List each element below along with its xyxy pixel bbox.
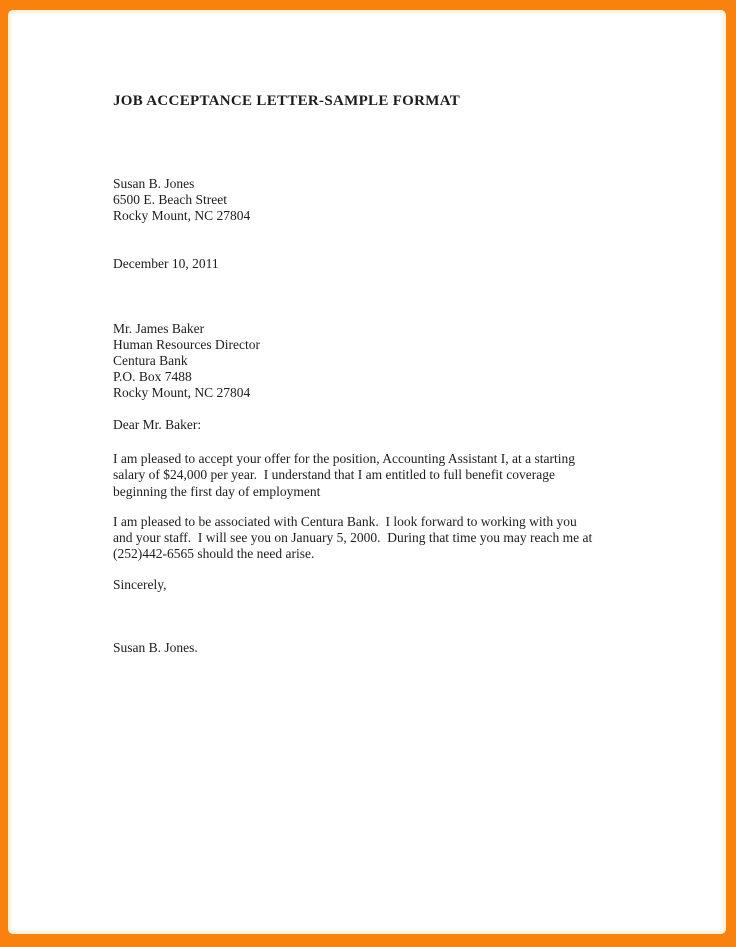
salutation: Dear Mr. Baker: <box>113 417 665 433</box>
sender-address-block: Susan B. Jones 6500 E. Beach Street Rock… <box>113 176 665 224</box>
recipient-name: Mr. James Baker <box>113 321 665 337</box>
body-paragraph-2: I am pleased to be associated with Centu… <box>113 514 665 563</box>
sender-city-state-zip: Rocky Mount, NC 27804 <box>113 208 665 224</box>
recipient-company: Centura Bank <box>113 353 665 369</box>
letter-title: JOB ACCEPTANCE LETTER-SAMPLE FORMAT <box>113 93 665 109</box>
letter-date: December 10, 2011 <box>113 256 665 272</box>
recipient-po-box: P.O. Box 7488 <box>113 369 665 385</box>
closing: Sincerely, <box>113 577 665 593</box>
signature-name: Susan B. Jones. <box>113 640 665 656</box>
letter-page: JOB ACCEPTANCE LETTER-SAMPLE FORMAT Susa… <box>8 10 726 934</box>
sender-name: Susan B. Jones <box>113 176 665 192</box>
recipient-address-block: Mr. James Baker Human Resources Director… <box>113 321 665 401</box>
orange-border-frame: JOB ACCEPTANCE LETTER-SAMPLE FORMAT Susa… <box>0 0 736 947</box>
body-paragraph-1: I am pleased to accept your offer for th… <box>113 451 665 500</box>
sender-street: 6500 E. Beach Street <box>113 192 665 208</box>
recipient-city-state-zip: Rocky Mount, NC 27804 <box>113 385 665 401</box>
recipient-job-title: Human Resources Director <box>113 337 665 353</box>
